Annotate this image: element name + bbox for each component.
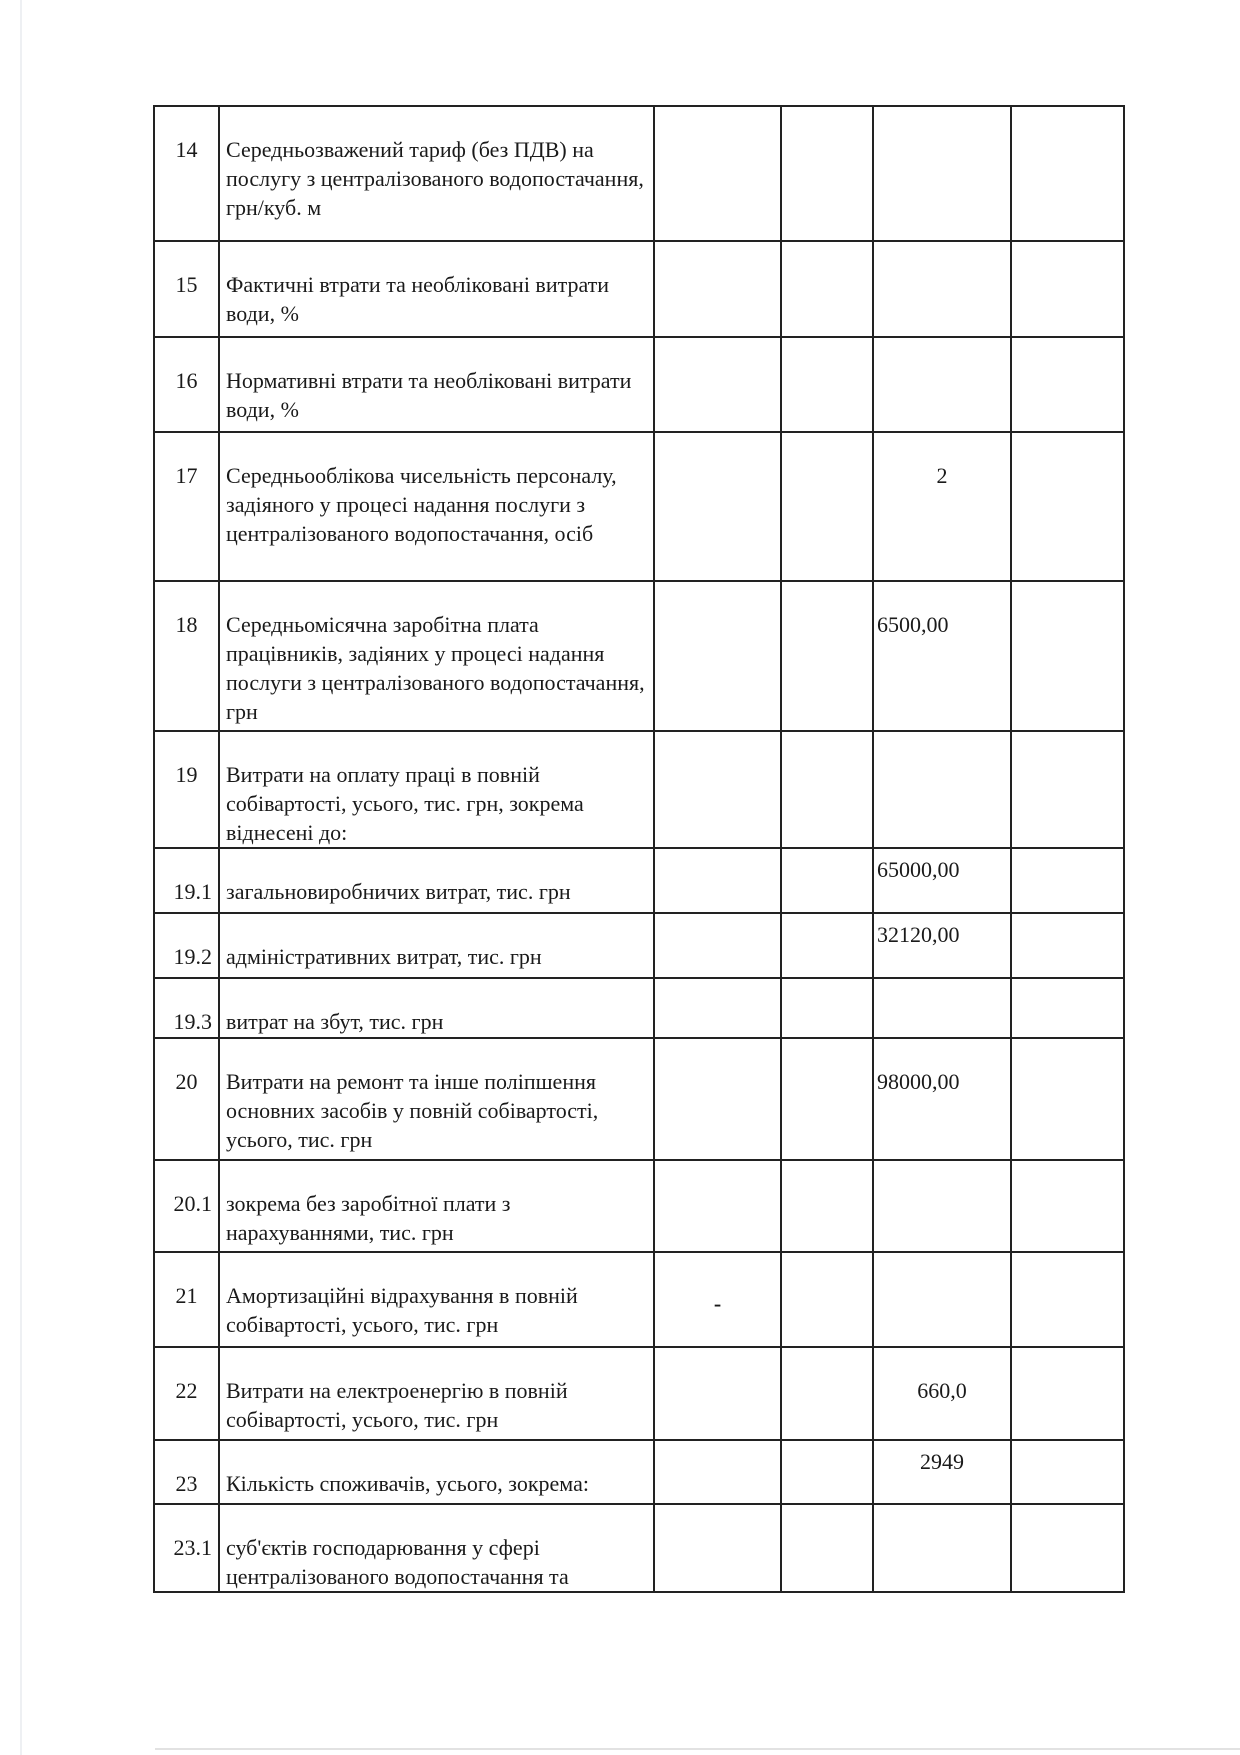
row-number: 20.1	[154, 1160, 219, 1252]
cell-col4	[781, 1038, 873, 1160]
cell-col6	[1011, 1252, 1124, 1347]
row-label: суб'єктів господарювання у сфері централ…	[219, 1504, 654, 1592]
cell-col5: 98000,00	[873, 1038, 1011, 1160]
cell-col5	[873, 241, 1011, 337]
cell-col3	[654, 1038, 781, 1160]
cell-col3	[654, 913, 781, 978]
row-label: Фактичні втрати та необліковані витрати …	[219, 241, 654, 337]
cell-col5: 65000,00	[873, 848, 1011, 913]
indicators-table: 14 Середньозважений тариф (без ПДВ) на п…	[153, 105, 1125, 1593]
row-label: адміністративних витрат, тис. грн	[219, 913, 654, 978]
table-row: 23 Кількість споживачів, усього, зокрема…	[154, 1440, 1124, 1504]
cell-col6	[1011, 978, 1124, 1038]
cell-col3	[654, 432, 781, 581]
table-row: 15 Фактичні втрати та необліковані витра…	[154, 241, 1124, 337]
cell-col3	[654, 848, 781, 913]
table-row: 19.2 адміністративних витрат, тис. грн 3…	[154, 913, 1124, 978]
table-row: 22 Витрати на електроенергію в повній со…	[154, 1347, 1124, 1440]
row-label: Витрати на оплату праці в повній собівар…	[219, 731, 654, 848]
cell-col5: 32120,00	[873, 913, 1011, 978]
table-row: 20.1 зокрема без заробітної плати з нара…	[154, 1160, 1124, 1252]
cell-col3	[654, 337, 781, 432]
cell-col6	[1011, 1347, 1124, 1440]
table-row: 21 Амортизаційні відрахування в повній с…	[154, 1252, 1124, 1347]
cell-col3: -	[654, 1252, 781, 1347]
row-number: 21	[154, 1252, 219, 1347]
row-number: 17	[154, 432, 219, 581]
cell-col4	[781, 106, 873, 241]
cell-col6	[1011, 581, 1124, 731]
cell-col4	[781, 581, 873, 731]
row-number: 19.2	[154, 913, 219, 978]
cell-col6	[1011, 1504, 1124, 1592]
cell-col3	[654, 1504, 781, 1592]
row-number: 15	[154, 241, 219, 337]
cell-col6	[1011, 432, 1124, 581]
row-label: Витрати на електроенергію в повній собів…	[219, 1347, 654, 1440]
cell-col5	[873, 1504, 1011, 1592]
scan-bottom-edge	[155, 1748, 1240, 1750]
cell-col3	[654, 106, 781, 241]
row-number: 22	[154, 1347, 219, 1440]
table-row: 20 Витрати на ремонт та інше поліпшення …	[154, 1038, 1124, 1160]
cell-col3	[654, 1347, 781, 1440]
scan-edge-mark	[20, 0, 22, 1755]
table-row: 17 Середньооблікова чисельність персонал…	[154, 432, 1124, 581]
row-label: Кількість споживачів, усього, зокрема:	[219, 1440, 654, 1504]
cell-col5	[873, 731, 1011, 848]
table-row: 14 Середньозважений тариф (без ПДВ) на п…	[154, 106, 1124, 241]
cell-col5: 6500,00	[873, 581, 1011, 731]
row-label: зокрема без заробітної плати з нарахуван…	[219, 1160, 654, 1252]
row-label: Середньомісячна заробітна плата працівни…	[219, 581, 654, 731]
row-label: Середньооблікова чисельність персоналу, …	[219, 432, 654, 581]
cell-col6	[1011, 913, 1124, 978]
table-row: 23.1 суб'єктів господарювання у сфері це…	[154, 1504, 1124, 1592]
cell-col5	[873, 1252, 1011, 1347]
cell-col4	[781, 913, 873, 978]
cell-col3	[654, 978, 781, 1038]
table-row: 19.1 загальновиробничих витрат, тис. грн…	[154, 848, 1124, 913]
table-row: 18 Середньомісячна заробітна плата праці…	[154, 581, 1124, 731]
row-label: Середньозважений тариф (без ПДВ) на посл…	[219, 106, 654, 241]
cell-col3	[654, 581, 781, 731]
cell-col6	[1011, 106, 1124, 241]
cell-col6	[1011, 337, 1124, 432]
cell-col6	[1011, 1160, 1124, 1252]
cell-col4	[781, 241, 873, 337]
row-number: 19	[154, 731, 219, 848]
cell-col5: 2949	[873, 1440, 1011, 1504]
cell-col5	[873, 106, 1011, 241]
row-number: 23.1	[154, 1504, 219, 1592]
table-row: 16 Нормативні втрати та необліковані вит…	[154, 337, 1124, 432]
cell-col4	[781, 978, 873, 1038]
cell-col6	[1011, 241, 1124, 337]
cell-col4	[781, 337, 873, 432]
row-number: 14	[154, 106, 219, 241]
cell-col4	[781, 1440, 873, 1504]
cell-col6	[1011, 731, 1124, 848]
cell-col5: 2	[873, 432, 1011, 581]
cell-col4	[781, 1504, 873, 1592]
cell-col6	[1011, 848, 1124, 913]
cell-col4	[781, 432, 873, 581]
cell-col5	[873, 1160, 1011, 1252]
cell-col4	[781, 1252, 873, 1347]
cell-col5: 660,0	[873, 1347, 1011, 1440]
row-label: Амортизаційні відрахування в повній собі…	[219, 1252, 654, 1347]
cell-col4	[781, 1347, 873, 1440]
cell-col5	[873, 978, 1011, 1038]
row-number: 20	[154, 1038, 219, 1160]
cell-col6	[1011, 1038, 1124, 1160]
cell-col4	[781, 848, 873, 913]
row-number: 18	[154, 581, 219, 731]
row-number: 19.3	[154, 978, 219, 1038]
row-label: загальновиробничих витрат, тис. грн	[219, 848, 654, 913]
cell-col3	[654, 241, 781, 337]
table-row: 19 Витрати на оплату праці в повній собі…	[154, 731, 1124, 848]
row-label: Витрати на ремонт та інше поліпшення осн…	[219, 1038, 654, 1160]
cell-col4	[781, 731, 873, 848]
cell-col3	[654, 1440, 781, 1504]
cell-col5	[873, 337, 1011, 432]
cell-col6	[1011, 1440, 1124, 1504]
row-label: Нормативні втрати та необліковані витрат…	[219, 337, 654, 432]
row-number: 23	[154, 1440, 219, 1504]
cell-col4	[781, 1160, 873, 1252]
table-row: 19.3 витрат на збут, тис. грн	[154, 978, 1124, 1038]
row-number: 16	[154, 337, 219, 432]
cell-col3	[654, 731, 781, 848]
cell-col3	[654, 1160, 781, 1252]
row-number: 19.1	[154, 848, 219, 913]
row-label: витрат на збут, тис. грн	[219, 978, 654, 1038]
